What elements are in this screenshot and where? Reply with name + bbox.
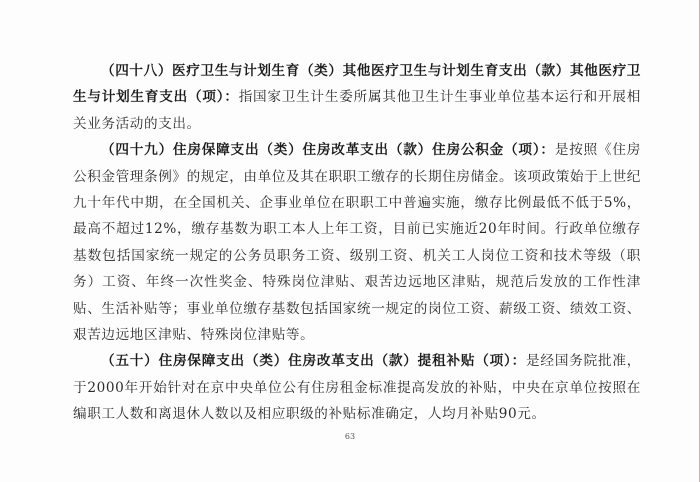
paragraph-body: 是按照《住房公积金管理条例》的规定，由单位及其在职职工缴存的长期住房储金。该项政…	[73, 142, 641, 343]
paragraph-heading: （五十）住房保障支出（类）住房改革支出（款）提租补贴（项）：	[101, 353, 526, 369]
paragraph-heading: （四十九）住房保障支出（类）住房改革支出（款）住房公积金（项）：	[101, 142, 555, 158]
page-number: 63	[0, 432, 700, 441]
document-page: （四十八）医疗卫生与计划生育（类）其他医疗卫生与计划生育支出（款）其他医疗卫生与…	[73, 58, 641, 428]
paragraph-48: （四十八）医疗卫生与计划生育（类）其他医疗卫生与计划生育支出（款）其他医疗卫生与…	[73, 58, 641, 137]
paragraph-49: （四十九）住房保障支出（类）住房改革支出（款）住房公积金（项）：是按照《住房公积…	[73, 137, 641, 348]
paragraph-50: （五十）住房保障支出（类）住房改革支出（款）提租补贴（项）：是经国务院批准，于2…	[73, 348, 641, 427]
